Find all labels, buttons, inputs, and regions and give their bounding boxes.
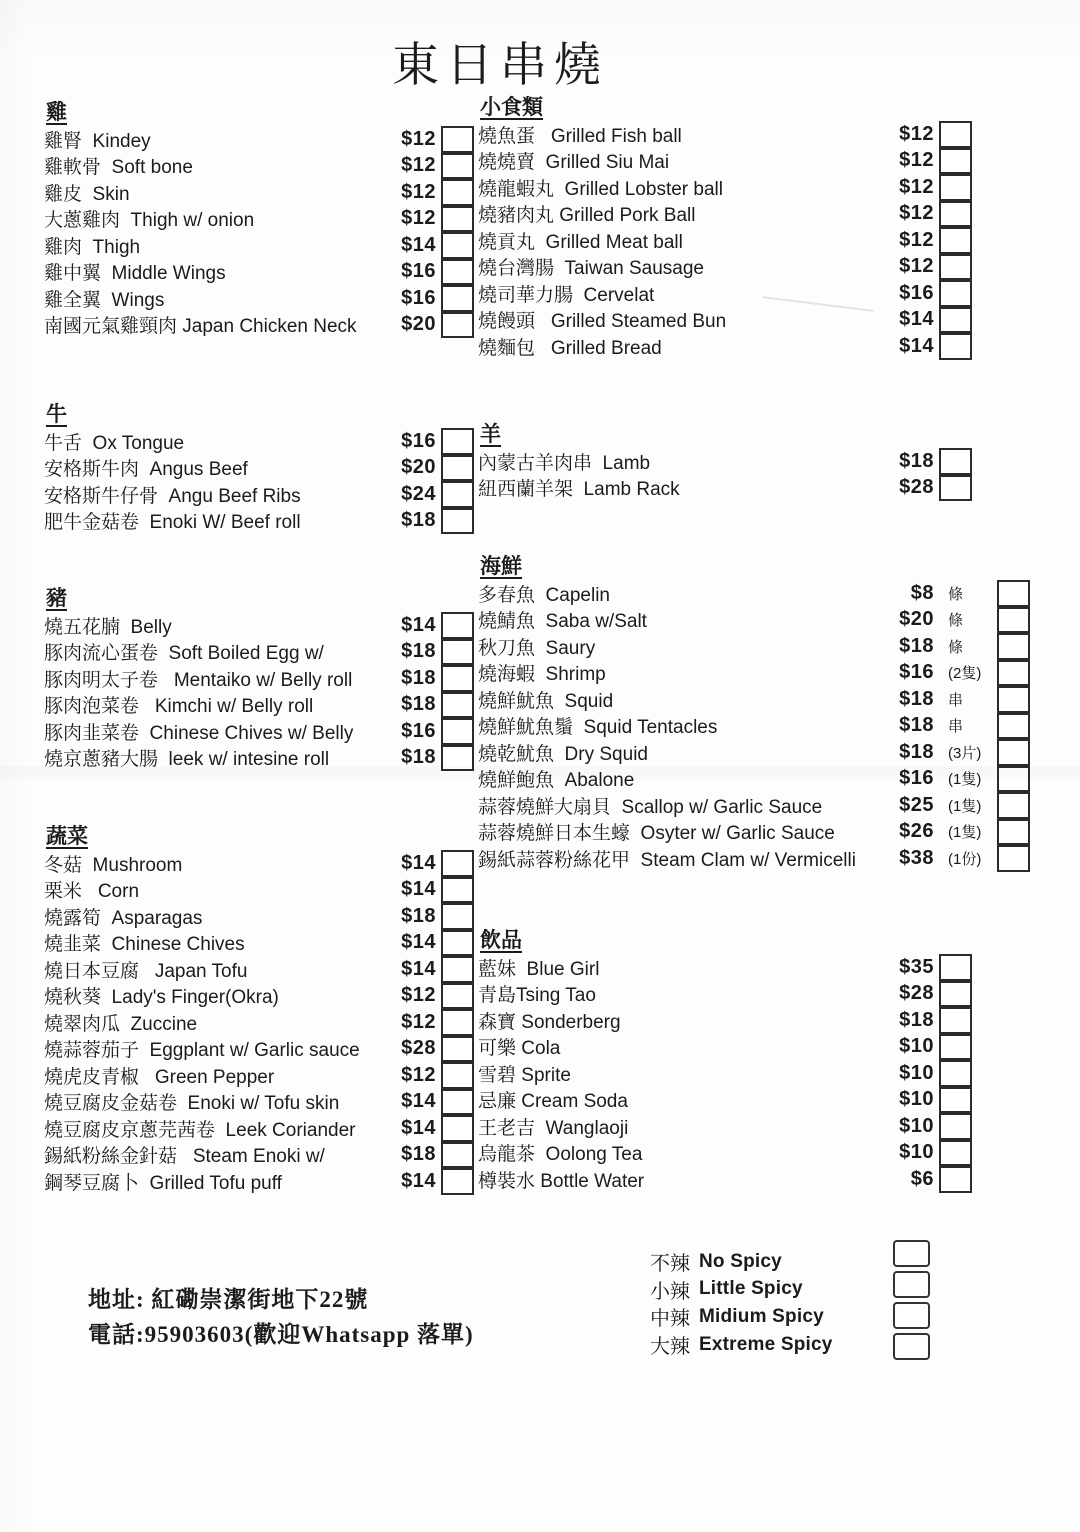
menu-item-row: 燒蒜蓉茄子 Eggplant w/ Garlic sauce $28 (44, 1036, 474, 1063)
footer-contact: 地址: 紅磡崇潔街地下22號 電話:95903603(歡迎Whatsapp 落單… (88, 1281, 474, 1351)
item-price: $16 (378, 430, 436, 453)
item-price: $10 (876, 1141, 934, 1164)
order-checkbox[interactable] (939, 333, 972, 360)
item-price: $16 (378, 720, 436, 743)
menu-item-row: 紐西蘭羊架 Lamb Rack $28 (478, 475, 972, 502)
item-price: $14 (378, 1090, 436, 1113)
menu-item-row: 青島Tsing Tao $28 (478, 981, 972, 1008)
order-checkbox[interactable] (939, 174, 972, 201)
item-label: 燒翠肉瓜 Zuccine (44, 1009, 378, 1036)
item-price: $12 (876, 202, 934, 225)
order-checkbox[interactable] (441, 930, 474, 957)
spicy-level-en: Midium Spicy (699, 1306, 824, 1328)
order-checkbox[interactable] (939, 254, 972, 281)
item-label: 蒜蓉燒鮮日本生蠔 Osyter w/ Garlic Sauce (478, 818, 876, 845)
item-label: 安格斯牛仔骨 Angu Beef Ribs (44, 481, 378, 508)
item-price: $12 (378, 181, 436, 204)
order-checkbox[interactable] (441, 1089, 474, 1116)
menu-item-row: 燒豆腐皮金菇卷 Enoki w/ Tofu skin $14 (44, 1089, 474, 1116)
menu-item-row: 忌廉 Cream Soda $10 (478, 1087, 972, 1114)
item-label: 秋刀魚 Saury (478, 633, 876, 660)
order-checkbox[interactable] (939, 1166, 972, 1193)
item-label: 燒魚蛋 Grilled Fish ball (478, 121, 876, 148)
menu-item-row: 錫紙蒜蓉粉絲花甲 Steam Clam w/ Vermicelli $38 (1… (478, 845, 1030, 872)
item-label: 燒麵包 Grilled Bread (478, 333, 876, 360)
menu-item-row: 栗米 Corn $14 (44, 877, 474, 904)
item-price: $12 (378, 207, 436, 230)
menu-item-row: 豚肉明太子卷 Mentaiko w/ Belly roll $18 (44, 665, 474, 692)
footer-phone: 電話:95903603(歡迎Whatsapp 落單) (88, 1316, 474, 1351)
section-drinks-header: 飲品 (480, 924, 972, 950)
menu-item-row: 藍妹 Blue Girl $35 (478, 954, 972, 981)
item-label: 雪碧 Sprite (478, 1060, 876, 1087)
order-checkbox[interactable] (441, 259, 474, 286)
order-checkbox[interactable] (441, 285, 474, 312)
spicy-level-zh: 小辣 (650, 1275, 690, 1304)
order-checkbox[interactable] (441, 665, 474, 692)
menu-item-row: 安格斯牛肉 Angus Beef $20 (44, 455, 474, 482)
item-label: 燒海蝦 Shrimp (478, 659, 876, 686)
order-checkbox[interactable] (441, 850, 474, 877)
section-lamb: 羊 內蒙古羊肉串 Lamb $18 紐西蘭羊架 Lamb Rack $28 (478, 418, 972, 501)
menu-item-row: 牛舌 Ox Tongue $16 (44, 428, 474, 455)
order-checkbox[interactable] (441, 153, 474, 180)
item-unit: 條 (939, 636, 997, 657)
item-price: $18 (378, 640, 436, 663)
section-vegetables: 蔬菜 冬菇 Mushroom $14 栗米 Corn $14 燒露筍 Aspar… (44, 820, 474, 1195)
section-beef: 牛 牛舌 Ox Tongue $16 安格斯牛肉 Angus Beef $20 … (44, 398, 474, 534)
menu-item-row: 燒韭菜 Chinese Chives $14 (44, 930, 474, 957)
section-seafood-items: 多春魚 Capelin $8 條 燒鯖魚 Saba w/Salt $20 條 秋… (478, 580, 1030, 872)
menu-item-row: 雞中翼 Middle Wings $16 (44, 259, 474, 286)
item-price: $14 (378, 931, 436, 954)
spicy-level-en: Little Spicy (699, 1278, 803, 1300)
item-price: $18 (378, 1143, 436, 1166)
menu-item-row: 可樂 Cola $10 (478, 1034, 972, 1061)
item-label: 青島Tsing Tao (478, 980, 876, 1007)
item-price: $28 (876, 476, 934, 499)
menu-item-row: 大蔥雞肉 Thigh w/ onion $12 (44, 206, 474, 233)
menu-item-row: 雞軟骨 Soft bone $12 (44, 153, 474, 180)
spicy-checkbox[interactable] (893, 1240, 930, 1267)
item-label: 森寶 Sonderberg (478, 1007, 876, 1034)
menu-item-row: 秋刀魚 Saury $18 條 (478, 633, 1030, 660)
section-snacks: 小食類 燒魚蛋 Grilled Fish ball $12 燒燒賣 Grille… (478, 91, 972, 360)
order-checkbox[interactable] (441, 692, 474, 719)
spicy-level-en: No Spicy (699, 1251, 782, 1273)
order-checkbox[interactable] (441, 312, 474, 339)
item-price: $12 (876, 255, 934, 278)
menu-item-row: 肥牛金菇卷 Enoki W/ Beef roll $18 (44, 508, 474, 535)
order-checkbox[interactable] (939, 1113, 972, 1140)
item-label: 豚肉泡菜卷 Kimchi w/ Belly roll (44, 691, 378, 718)
item-label: 豚肉明太子卷 Mentaiko w/ Belly roll (44, 665, 378, 692)
item-label: 燒貢丸 Grilled Meat ball (478, 227, 876, 254)
item-label: 內蒙古羊肉串 Lamb (478, 448, 876, 475)
item-price: $10 (876, 1115, 934, 1138)
item-label: 燒龍蝦丸 Grilled Lobster ball (478, 174, 876, 201)
order-checkbox[interactable] (939, 1140, 972, 1167)
order-checkbox[interactable] (441, 983, 474, 1010)
menu-item-row: 燒龍蝦丸 Grilled Lobster ball $12 (478, 174, 972, 201)
order-checkbox[interactable] (939, 307, 972, 334)
spicy-level-zh: 大辣 (650, 1330, 690, 1359)
menu-item-row: 雞皮 Skin $12 (44, 179, 474, 206)
item-price: $12 (378, 1064, 436, 1087)
order-checkbox[interactable] (997, 819, 1030, 846)
item-label: 燒鯖魚 Saba w/Salt (478, 606, 876, 633)
item-price: $12 (876, 176, 934, 199)
section-vegetables-items: 冬菇 Mushroom $14 栗米 Corn $14 燒露筍 Asparaga… (44, 850, 474, 1195)
item-label: 藍妹 Blue Girl (478, 954, 876, 981)
order-checkbox[interactable] (441, 206, 474, 233)
item-label: 豚肉流心蛋卷 Soft Boiled Egg w/ (44, 638, 378, 665)
item-label: 燒台灣腸 Taiwan Sausage (478, 253, 876, 280)
menu-item-row: 燒司華力腸 Cervelat $16 (478, 280, 972, 307)
item-price: $18 (378, 509, 436, 532)
item-price: $38 (876, 847, 934, 870)
order-checkbox[interactable] (441, 455, 474, 482)
item-price: $18 (378, 905, 436, 928)
menu-item-row: 豚肉流心蛋卷 Soft Boiled Egg w/ $18 (44, 639, 474, 666)
menu-item-row: 燒秋葵 Lady's Finger(Okra) $12 (44, 983, 474, 1010)
section-chicken-items: 雞腎 Kindey $12 雞軟骨 Soft bone $12 雞皮 Skin … (44, 126, 474, 338)
item-label: 雞皮 Skin (44, 179, 378, 206)
section-lamb-items: 內蒙古羊肉串 Lamb $18 紐西蘭羊架 Lamb Rack $28 (478, 448, 972, 501)
item-price: $18 (378, 693, 436, 716)
item-price: $18 (876, 714, 934, 737)
item-price: $14 (876, 308, 934, 331)
item-price: $12 (378, 154, 436, 177)
order-checkbox[interactable] (441, 508, 474, 535)
item-label: 樽裝水 Bottle Water (478, 1166, 876, 1193)
order-checkbox[interactable] (997, 686, 1030, 713)
order-checkbox[interactable] (441, 903, 474, 930)
item-price: $14 (378, 1170, 436, 1193)
spicy-level-zh: 不辣 (650, 1247, 690, 1276)
order-checkbox[interactable] (939, 475, 972, 502)
item-price: $16 (876, 282, 934, 305)
menu-item-row: 燒豆腐皮京蔥芫茜卷 Leek Coriander $14 (44, 1115, 474, 1142)
order-checkbox[interactable] (441, 428, 474, 455)
item-price: $20 (378, 456, 436, 479)
item-unit: 串 (939, 715, 997, 736)
section-pork-header: 豬 (46, 582, 474, 608)
item-label: 錫紙粉絲金針菇 Steam Enoki w/ (44, 1141, 378, 1168)
scan-artifact-band (0, 766, 1080, 779)
item-price: $18 (876, 741, 934, 764)
menu-item-row: 燒虎皮青椒 Green Pepper $12 (44, 1062, 474, 1089)
order-checkbox[interactable] (939, 121, 972, 148)
menu-item-row: 燒翠肉瓜 Zuccine $12 (44, 1009, 474, 1036)
order-checkbox[interactable] (939, 954, 972, 981)
item-price: $18 (876, 688, 934, 711)
item-label: 雞中翼 Middle Wings (44, 258, 378, 285)
section-drinks-items: 藍妹 Blue Girl $35 青島Tsing Tao $28 森寶 Sond… (478, 954, 972, 1193)
menu-item-row: 燒鯖魚 Saba w/Salt $20 條 (478, 607, 1030, 634)
menu-item-row: 南國元氣雞頸肉 Japan Chicken Neck $20 (44, 312, 474, 339)
menu-item-row: 燒貢丸 Grilled Meat ball $12 (478, 227, 972, 254)
item-label: 雞軟骨 Soft bone (44, 152, 378, 179)
order-checkbox[interactable] (441, 956, 474, 983)
item-label: 燒乾魷魚 Dry Squid (478, 739, 876, 766)
spicy-checkbox[interactable] (893, 1271, 930, 1298)
item-price: $12 (378, 984, 436, 1007)
item-price: $18 (378, 667, 436, 690)
item-price: $18 (876, 1009, 934, 1032)
order-checkbox[interactable] (997, 660, 1030, 687)
order-checkbox[interactable] (441, 1168, 474, 1195)
menu-item-row: 燒露筍 Asparagas $18 (44, 903, 474, 930)
section-beef-items: 牛舌 Ox Tongue $16 安格斯牛肉 Angus Beef $20 安格… (44, 428, 474, 534)
order-checkbox[interactable] (997, 792, 1030, 819)
item-price: $16 (876, 661, 934, 684)
order-checkbox[interactable] (997, 845, 1030, 872)
order-checkbox[interactable] (441, 481, 474, 508)
item-price: $6 (876, 1168, 934, 1191)
section-chicken-header: 雞 (46, 96, 474, 122)
order-checkbox[interactable] (997, 607, 1030, 634)
menu-item-row: 安格斯牛仔骨 Angu Beef Ribs $24 (44, 481, 474, 508)
item-label: 燒露筍 Asparagas (44, 903, 378, 930)
item-price: $14 (876, 335, 934, 358)
item-label: 燒秋葵 Lady's Finger(Okra) (44, 982, 378, 1009)
item-price: $14 (378, 852, 436, 875)
menu-item-row: 烏龍茶 Oolong Tea $10 (478, 1140, 972, 1167)
item-label: 燒饅頭 Grilled Steamed Bun (478, 306, 876, 333)
item-label: 王老吉 Wanglaoji (478, 1113, 876, 1140)
menu-item-row: 燒鮮魷魚鬚 Squid Tentacles $18 串 (478, 713, 1030, 740)
menu-item-row: 森寶 Sonderberg $18 (478, 1007, 972, 1034)
item-label: 燒日本豆腐 Japan Tofu (44, 956, 378, 983)
menu-item-row: 雞腎 Kindey $12 (44, 126, 474, 153)
menu-item-row: 燒豬肉丸 Grilled Pork Ball $12 (478, 201, 972, 228)
menu-item-row: 蒜蓉燒鮮日本生蠔 Osyter w/ Garlic Sauce $26 (1隻) (478, 819, 1030, 846)
section-pork-items: 燒五花腩 Belly $14 豚肉流心蛋卷 Soft Boiled Egg w/… (44, 612, 474, 771)
item-price: $16 (378, 260, 436, 283)
item-label: 蒜蓉燒鮮大扇貝 Scallop w/ Garlic Sauce (478, 792, 876, 819)
item-label: 忌廉 Cream Soda (478, 1086, 876, 1113)
menu-item-row: 燒饅頭 Grilled Steamed Bun $14 (478, 307, 972, 334)
section-vegetables-header: 蔬菜 (46, 820, 474, 846)
item-label: 雞腎 Kindey (44, 126, 378, 153)
item-unit: (1隻) (939, 795, 997, 816)
spicy-checkbox[interactable] (893, 1333, 930, 1360)
item-price: $10 (876, 1062, 934, 1085)
spicy-level-en: Extreme Spicy (699, 1334, 833, 1356)
order-checkbox[interactable] (441, 1115, 474, 1142)
item-label: 豚肉韭菜卷 Chinese Chives w/ Belly (44, 718, 378, 745)
item-label: 燒鮮魷魚 Squid (478, 686, 876, 713)
item-price: $14 (378, 1117, 436, 1140)
item-label: 鋼琴豆腐卜 Grilled Tofu puff (44, 1168, 378, 1195)
item-label: 安格斯牛肉 Angus Beef (44, 454, 378, 481)
order-checkbox[interactable] (939, 280, 972, 307)
footer-address: 地址: 紅磡崇潔街地下22號 (88, 1281, 474, 1316)
section-lamb-header: 羊 (480, 418, 972, 444)
order-checkbox[interactable] (441, 1142, 474, 1169)
menu-item-row: 燒魚蛋 Grilled Fish ball $12 (478, 121, 972, 148)
order-checkbox[interactable] (441, 612, 474, 639)
item-label: 燒豬肉丸 Grilled Pork Ball (478, 200, 876, 227)
item-label: 燒五花腩 Belly (44, 612, 378, 639)
item-label: 燒豆腐皮金菇卷 Enoki w/ Tofu skin (44, 1088, 378, 1115)
item-label: 多春魚 Capelin (478, 580, 876, 607)
order-checkbox[interactable] (441, 179, 474, 206)
menu-item-row: 豚肉韭菜卷 Chinese Chives w/ Belly $16 (44, 718, 474, 745)
item-price: $12 (876, 149, 934, 172)
item-unit: (2隻) (939, 662, 997, 683)
order-checkbox[interactable] (441, 1062, 474, 1089)
item-unit: (3片) (939, 742, 997, 763)
menu-item-row: 蒜蓉燒鮮大扇貝 Scallop w/ Garlic Sauce $25 (1隻) (478, 792, 1030, 819)
menu-item-row: 王老吉 Wanglaoji $10 (478, 1113, 972, 1140)
item-label: 大蔥雞肉 Thigh w/ onion (44, 205, 378, 232)
order-checkbox[interactable] (441, 718, 474, 745)
item-label: 燒豆腐皮京蔥芫茜卷 Leek Coriander (44, 1115, 378, 1142)
item-price: $8 (876, 582, 934, 605)
order-checkbox[interactable] (939, 1087, 972, 1114)
menu-item-row: 燒海蝦 Shrimp $16 (2隻) (478, 660, 1030, 687)
menu-item-row: 鋼琴豆腐卜 Grilled Tofu puff $14 (44, 1168, 474, 1195)
item-price: $14 (378, 878, 436, 901)
item-price: $28 (876, 982, 934, 1005)
item-price: $14 (378, 234, 436, 257)
menu-item-row: 雞全翼 Wings $16 (44, 285, 474, 312)
item-price: $12 (876, 123, 934, 146)
item-label: 南國元氣雞頸肉 Japan Chicken Neck (44, 311, 378, 338)
item-unit: 串 (939, 689, 997, 710)
menu-item-row: 樽裝水 Bottle Water $6 (478, 1166, 972, 1193)
item-price: $18 (876, 450, 934, 473)
menu-item-row: 錫紙粉絲金針菇 Steam Enoki w/ $18 (44, 1142, 474, 1169)
item-price: $35 (876, 956, 934, 979)
order-checkbox[interactable] (939, 227, 972, 254)
item-label: 牛舌 Ox Tongue (44, 428, 378, 455)
order-checkbox[interactable] (997, 713, 1030, 740)
order-checkbox[interactable] (441, 639, 474, 666)
menu-item-row: 燒麵包 Grilled Bread $14 (478, 333, 972, 360)
spicy-checkbox-column (893, 1240, 930, 1364)
item-price: $24 (378, 483, 436, 506)
item-price: $28 (378, 1037, 436, 1060)
order-checkbox[interactable] (939, 1007, 972, 1034)
item-price: $14 (378, 958, 436, 981)
order-checkbox[interactable] (441, 126, 474, 153)
item-price: $18 (876, 635, 934, 658)
section-chicken: 雞 雞腎 Kindey $12 雞軟骨 Soft bone $12 雞皮 Ski… (44, 96, 474, 338)
menu-page: 東日串燒 雞 雞腎 Kindey $12 雞軟骨 Soft bone $12 (0, 0, 1080, 1532)
order-checkbox[interactable] (997, 633, 1030, 660)
menu-item-row: 燒日本豆腐 Japan Tofu $14 (44, 956, 474, 983)
item-price: $26 (876, 820, 934, 843)
item-price: $10 (876, 1088, 934, 1111)
order-checkbox[interactable] (939, 1060, 972, 1087)
order-checkbox[interactable] (939, 1034, 972, 1061)
menu-item-row: 多春魚 Capelin $8 條 (478, 580, 1030, 607)
menu-item-row: 燒燒賣 Grilled Siu Mai $12 (478, 148, 972, 175)
item-price: $12 (378, 128, 436, 151)
item-price: $20 (378, 313, 436, 336)
section-pork: 豬 燒五花腩 Belly $14 豚肉流心蛋卷 Soft Boiled Egg … (44, 582, 474, 771)
order-checkbox[interactable] (441, 1009, 474, 1036)
menu-item-row: 燒乾魷魚 Dry Squid $18 (3片) (478, 739, 1030, 766)
item-label: 燒燒賣 Grilled Siu Mai (478, 147, 876, 174)
order-checkbox[interactable] (939, 148, 972, 175)
section-seafood-header: 海鮮 (480, 550, 1030, 576)
section-drinks: 飲品 藍妹 Blue Girl $35 青島Tsing Tao $28 森寶 S… (478, 924, 972, 1193)
item-label: 錫紙蒜蓉粉絲花甲 Steam Clam w/ Vermicelli (478, 845, 876, 872)
item-label: 雞全翼 Wings (44, 285, 378, 312)
menu-item-row: 燒台灣腸 Taiwan Sausage $12 (478, 254, 972, 281)
section-beef-header: 牛 (46, 398, 474, 424)
menu-item-row: 豚肉泡菜卷 Kimchi w/ Belly roll $18 (44, 692, 474, 719)
order-checkbox[interactable] (441, 232, 474, 259)
menu-item-row: 內蒙古羊肉串 Lamb $18 (478, 448, 972, 475)
spicy-checkbox[interactable] (893, 1302, 930, 1329)
order-checkbox[interactable] (441, 877, 474, 904)
spicy-level-zh: 中辣 (650, 1302, 690, 1331)
item-price: $25 (876, 794, 934, 817)
section-snacks-header: 小食類 (480, 91, 972, 117)
order-checkbox[interactable] (939, 448, 972, 475)
item-unit: (1份) (939, 848, 997, 869)
menu-item-row: 燒五花腩 Belly $14 (44, 612, 474, 639)
item-label: 冬菇 Mushroom (44, 850, 378, 877)
menu-item-row: 冬菇 Mushroom $14 (44, 850, 474, 877)
item-price: $10 (876, 1035, 934, 1058)
item-label: 肥牛金菇卷 Enoki W/ Beef roll (44, 507, 378, 534)
item-label: 燒蒜蓉茄子 Eggplant w/ Garlic sauce (44, 1035, 378, 1062)
item-price: $14 (378, 614, 436, 637)
item-label: 燒鮮魷魚鬚 Squid Tentacles (478, 712, 876, 739)
item-label: 雞肉 Thigh (44, 232, 378, 259)
menu-item-row: 雞肉 Thigh $14 (44, 232, 474, 259)
menu-item-row: 雪碧 Sprite $10 (478, 1060, 972, 1087)
item-unit: 條 (939, 583, 997, 604)
section-snacks-items: 燒魚蛋 Grilled Fish ball $12 燒燒賣 Grilled Si… (478, 121, 972, 360)
item-label: 燒韭菜 Chinese Chives (44, 929, 378, 956)
order-checkbox[interactable] (997, 739, 1030, 766)
menu-item-row: 燒鮮魷魚 Squid $18 串 (478, 686, 1030, 713)
item-unit: 條 (939, 609, 997, 630)
section-seafood: 海鮮 多春魚 Capelin $8 條 燒鯖魚 Saba w/Salt $20 … (478, 550, 1030, 872)
item-label: 可樂 Cola (478, 1033, 876, 1060)
item-label: 栗米 Corn (44, 876, 378, 903)
order-checkbox[interactable] (441, 1036, 474, 1063)
item-unit: (1隻) (939, 821, 997, 842)
order-checkbox[interactable] (997, 580, 1030, 607)
item-price: $16 (378, 287, 436, 310)
page-title: 東日串燒 (0, 28, 1000, 95)
item-label: 烏龍茶 Oolong Tea (478, 1139, 876, 1166)
item-price: $12 (378, 1011, 436, 1034)
item-label: 燒虎皮青椒 Green Pepper (44, 1062, 378, 1089)
order-checkbox[interactable] (939, 981, 972, 1008)
item-price: $20 (876, 608, 934, 631)
order-checkbox[interactable] (939, 201, 972, 228)
item-label: 紐西蘭羊架 Lamb Rack (478, 474, 876, 501)
item-price: $12 (876, 229, 934, 252)
